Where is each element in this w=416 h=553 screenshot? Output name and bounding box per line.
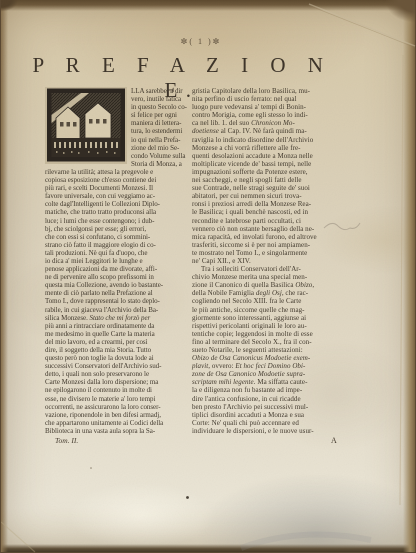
paper-sheet: ✼( 1 )✼ P R E F A Z I O N E.: [1, 0, 415, 552]
text-line: te mostrato nel Tomo I., e singolarmente: [192, 249, 360, 257]
text-line: bj, che sciolgonsi per esse; gli errori,: [45, 225, 186, 233]
text-line: ne di pervenire allo scopo prefissomi in: [45, 273, 186, 281]
text-line: del mio lavoro, ed a crearmi, per così: [45, 338, 186, 346]
text-line: scriptam mihi legente. Ma siffatta caute…: [192, 378, 360, 386]
text-line: ben presto l'Archivio pei successivi mul…: [192, 403, 360, 411]
text-line: sue Contrade, nelle stragi seguite de' s…: [192, 184, 360, 192]
page-edge-top: [1, 0, 415, 11]
text-line: me medesimo in quelle Carte la materia: [45, 330, 186, 338]
text-line: rispettivi pericolanti originali le loro…: [192, 322, 360, 330]
text-line: Obizo de Osa Canonicus Modoetie exem-: [192, 354, 360, 362]
right-column: gristia Capitolare della loro Basilica, …: [192, 87, 360, 435]
text-line: successivi Conservatori dell'Archivio su…: [45, 362, 186, 370]
text-line: trasferiti, siccome si è per noi ampiame…: [192, 241, 360, 249]
text-line: rabile, in cui giaceva l'Archivio della …: [45, 306, 186, 314]
text-line: penose applicazioni da me divorate, affi…: [45, 265, 186, 273]
text-line: zione il Canonico di quella Basilica Obi…: [192, 281, 360, 289]
text-line: nita perfino di uscio ferrato: nel qual: [192, 95, 360, 103]
text-line: le più antiche, siccome quelle che mag-: [192, 306, 360, 314]
text-line: matiche, che tratto tratto produconsi al…: [45, 208, 186, 216]
woodcut-initial-vignette: [45, 87, 127, 164]
scanned-book-page: ✼( 1 )✼ P R E F A Z I O N E.: [0, 0, 416, 553]
left-column: LLA sarebbe, a dirvero, inutile faticain…: [45, 87, 186, 435]
text-line: io dica a' miei Leggitori le lunghe e: [45, 257, 186, 265]
text-line: raviglia lo indicato disordine dell'Arch…: [192, 136, 360, 144]
catchword: Tom. II.: [55, 436, 78, 445]
text-line: ronsi i preziosi arredi della Monzese Re…: [192, 200, 360, 208]
text-line: nei saccheggi, e negli spogli fatti dell…: [192, 176, 360, 184]
page-edge-bottom: [1, 544, 415, 552]
page-edge-left: [1, 0, 8, 552]
text-line: luce; i lumi che esse contengono; i dub-: [45, 217, 186, 225]
text-line: luogo pure vedevansi a' tempi di Bonin-: [192, 103, 360, 111]
text-line: Monzese a chi vorrà riflettere alle fre-: [192, 144, 360, 152]
text-line: individuare le dispersioni, e le nuove u…: [192, 427, 360, 435]
text-line: vazione, riponendole in ben difesi armad…: [45, 411, 186, 419]
text-line: impugnazioni sofferte da Potenze estere,: [192, 168, 360, 176]
text-line: quenti desolazioni accadute a Monza nell…: [192, 152, 360, 160]
text-line: zone de Osa Canonico Modoetie supra-: [192, 370, 360, 378]
text-line: sueto Notarile, le seguenti attestazioni…: [192, 346, 360, 354]
text-line: doetiense al Cap. IV. Nè farà quindi ma-: [192, 127, 360, 135]
text-line: chivio Monzese merita una special men-: [192, 273, 360, 281]
text-line: della Nobile Famiglia degli Osj, che rac…: [192, 289, 360, 297]
text-line: che con essi si confutano, ci sommini-: [45, 233, 186, 241]
text-line: detto, i quali non solo preservarono le: [45, 370, 186, 378]
text-line: ne' Capi XII., e XIV.: [192, 257, 360, 265]
page-corner-top-left: [1, 0, 21, 14]
text-line: questo però non toglie la dovuta lode ai: [45, 354, 186, 362]
text-line: tiplici disordini accaduti a Monza e sua: [192, 411, 360, 419]
text-line: Biblioteca in una vasta aula sopra la Sa…: [45, 427, 186, 435]
text-line: contro Morigia, come egli stesso lo indi…: [192, 111, 360, 119]
text-line: questa mia Collezione, avendo io bastant…: [45, 281, 186, 289]
signature-mark: A: [331, 436, 337, 445]
text-line: fino al terminare del Secolo X., fra il …: [192, 338, 360, 346]
text-line: dire, il soggetto della mia Storia. Tutt…: [45, 346, 186, 354]
text-line: tentiche copie; leggendosi in molte di e…: [192, 330, 360, 338]
text-line: plavit, ovvero: Et hoc feci Domino Obi-: [192, 362, 360, 370]
text-line: favore universale, con cui veggiamo ac-: [45, 192, 186, 200]
text-line: gristia Capitolare della loro Basilica, …: [192, 87, 360, 95]
text-line: che appartarono unitamente ai Codici del…: [45, 419, 186, 427]
text-line: ne epilogarono il contenuto in molte di: [45, 386, 186, 394]
text-line: silica Monzese. Stato che mi forzò per: [45, 314, 186, 322]
text-line: Tomo I., dove rappresentai lo stato depl…: [45, 297, 186, 305]
folio-number-ornament: ✼( 1 )✼: [41, 37, 361, 46]
text-line: moltiplicate vicende de' bassi tempi, ne…: [192, 160, 360, 168]
text-line: colte dagl'Intelligenti le Collezioni Di…: [45, 200, 186, 208]
text-line: la e diligenza non fu bastante ad impe-: [192, 386, 360, 394]
text-line: copiosa esposizione ch'esso contiene dei: [45, 176, 186, 184]
text-line: recondite e latebrose parti occultati, c…: [192, 217, 360, 225]
text-line: più anni a rintracciare ordinatamente da: [45, 322, 186, 330]
page-corner-top-right: [381, 0, 415, 26]
text-line: più rari, e scelti Documenti Monzesi. Il: [45, 184, 186, 192]
text-line: Tra i solleciti Conservatori dell'Ar-: [192, 265, 360, 273]
text-line: Carte Monzesi dalla loro dispersione; ma: [45, 378, 186, 386]
page-edge-right: [403, 0, 415, 552]
text-line: ca nel lib. 1. del suo Chronicon Mo-: [192, 119, 360, 127]
text-line: Corte: Ne' quali chi può accennare ed: [192, 419, 360, 427]
text-line: giormente sono interessanti, aggiunse ai: [192, 314, 360, 322]
text-line: strano ciò fatto il maggiore elogio di c…: [45, 241, 186, 249]
text-line: le Basilica; i quali benchè nascosti, ed…: [192, 208, 360, 216]
text-line: cogliendo nel Secolo XIII. fra le Carte: [192, 297, 360, 305]
text-line: mente di ciò parlato nella Prefazione al: [45, 289, 186, 297]
text-line: rilevarne la utilità; attesa la pregevol…: [45, 168, 186, 176]
text-line: occorrenti, ne assicurarono la loro cons…: [45, 403, 186, 411]
text-line: dire l'antica confusione, in cui ricadde: [192, 395, 360, 403]
text-line: esse, ne divisero le materie a' loro tem…: [45, 395, 186, 403]
text-line: tali produzioni. Nè qui fa d'uopo, che: [45, 249, 186, 257]
text-line: mica rapacità, ed involati furono, ed al…: [192, 233, 360, 241]
text-line: vennero ciò non ostante bersaglio della …: [192, 225, 360, 233]
text-line: abitatori, per cui nemmen sicuri trova-: [192, 192, 360, 200]
